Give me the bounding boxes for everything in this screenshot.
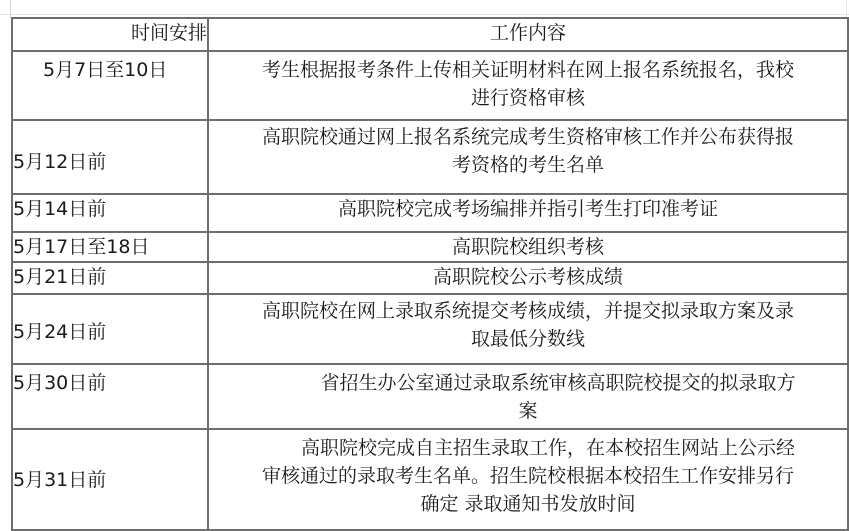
cell-time: 5月12日前 — [12, 120, 208, 194]
cell-time: 5月31日前 — [12, 429, 208, 530]
content-line: 高职院校完成考场编排并指引考生打印准考证 — [209, 195, 847, 223]
cell-time: 5月21日前 — [12, 262, 208, 294]
content-line: 审核通过的录取考生名单。招生院校根据本校招生工作安排另行 — [209, 462, 847, 490]
cell-content: 考生根据报考条件上传相关证明材料在网上报名系统报名，我校 进行资格审核 — [208, 51, 848, 120]
cell-time: 5月24日前 — [12, 294, 208, 364]
table-row: 5月30日前 省招生办公室通过录取系统审核高职院校提交的拟录取方 案 — [12, 364, 848, 429]
content-line: 取最低分数线 — [209, 325, 847, 353]
content-line: 高职院校在网上录取系统提交考核成绩，并提交拟录取方案及录 — [209, 297, 847, 325]
content-line: 考资格的考生名单 — [209, 151, 847, 179]
content-line: 高职院校公示考核成绩 — [209, 263, 847, 291]
content-line: 案 — [209, 397, 847, 425]
table-row: 5月21日前 高职院校公示考核成绩 — [12, 262, 848, 294]
table-row: 5月24日前 高职院校在网上录取系统提交考核成绩，并提交拟录取方案及录 取最低分… — [12, 294, 848, 364]
table-row: 5月17日至18日 高职院校组织考核 — [12, 232, 848, 262]
table-row: 5月14日前 高职院校完成考场编排并指引考生打印准考证 — [12, 194, 848, 232]
content-line: 高职院校完成自主招生录取工作，在本校招生网站上公示经 — [209, 434, 847, 462]
content-line: 确定 录取通知书发放时间 — [209, 490, 847, 518]
content-line: 考生根据报考条件上传相关证明材料在网上报名系统报名，我校 — [209, 56, 847, 84]
sheet-gridline — [846, 0, 847, 18]
cell-content: 省招生办公室通过录取系统审核高职院校提交的拟录取方 案 — [208, 364, 848, 429]
cell-content: 高职院校公示考核成绩 — [208, 262, 848, 294]
sheet-gridline — [0, 14, 849, 15]
cell-content: 高职院校通过网上报名系统完成考生资格审核工作并公布获得报 考资格的考生名单 — [208, 120, 848, 194]
cell-time: 5月30日前 — [12, 364, 208, 429]
cell-time: 5月17日至18日 — [12, 232, 208, 262]
cell-content: 高职院校完成考场编排并指引考生打印准考证 — [208, 194, 848, 232]
table-row: 5月12日前 高职院校通过网上报名系统完成考生资格审核工作并公布获得报 考资格的… — [12, 120, 848, 194]
table-row: 5月31日前 高职院校完成自主招生录取工作，在本校招生网站上公示经 审核通过的录… — [12, 429, 848, 530]
content-line: 高职院校通过网上报名系统完成考生资格审核工作并公布获得报 — [209, 123, 847, 151]
header-time: 时间安排 — [12, 18, 208, 51]
content-line: 进行资格审核 — [209, 84, 847, 112]
cell-time: 5月7日至10日 — [12, 51, 208, 120]
header-content: 工作内容 — [208, 18, 848, 51]
admission-schedule-table: 时间安排 工作内容 5月7日至10日 考生根据报考条件上传相关证明材料在网上报名… — [11, 17, 849, 531]
sheet-gridline — [10, 0, 11, 18]
cell-content: 高职院校组织考核 — [208, 232, 848, 262]
content-line: 高职院校组织考核 — [209, 233, 847, 261]
cell-time: 5月14日前 — [12, 194, 208, 232]
table-header-row: 时间安排 工作内容 — [12, 18, 848, 51]
cell-content: 高职院校完成自主招生录取工作，在本校招生网站上公示经 审核通过的录取考生名单。招… — [208, 429, 848, 530]
table-row: 5月7日至10日 考生根据报考条件上传相关证明材料在网上报名系统报名，我校 进行… — [12, 51, 848, 120]
content-line: 省招生办公室通过录取系统审核高职院校提交的拟录取方 — [209, 369, 847, 397]
cell-content: 高职院校在网上录取系统提交考核成绩，并提交拟录取方案及录 取最低分数线 — [208, 294, 848, 364]
